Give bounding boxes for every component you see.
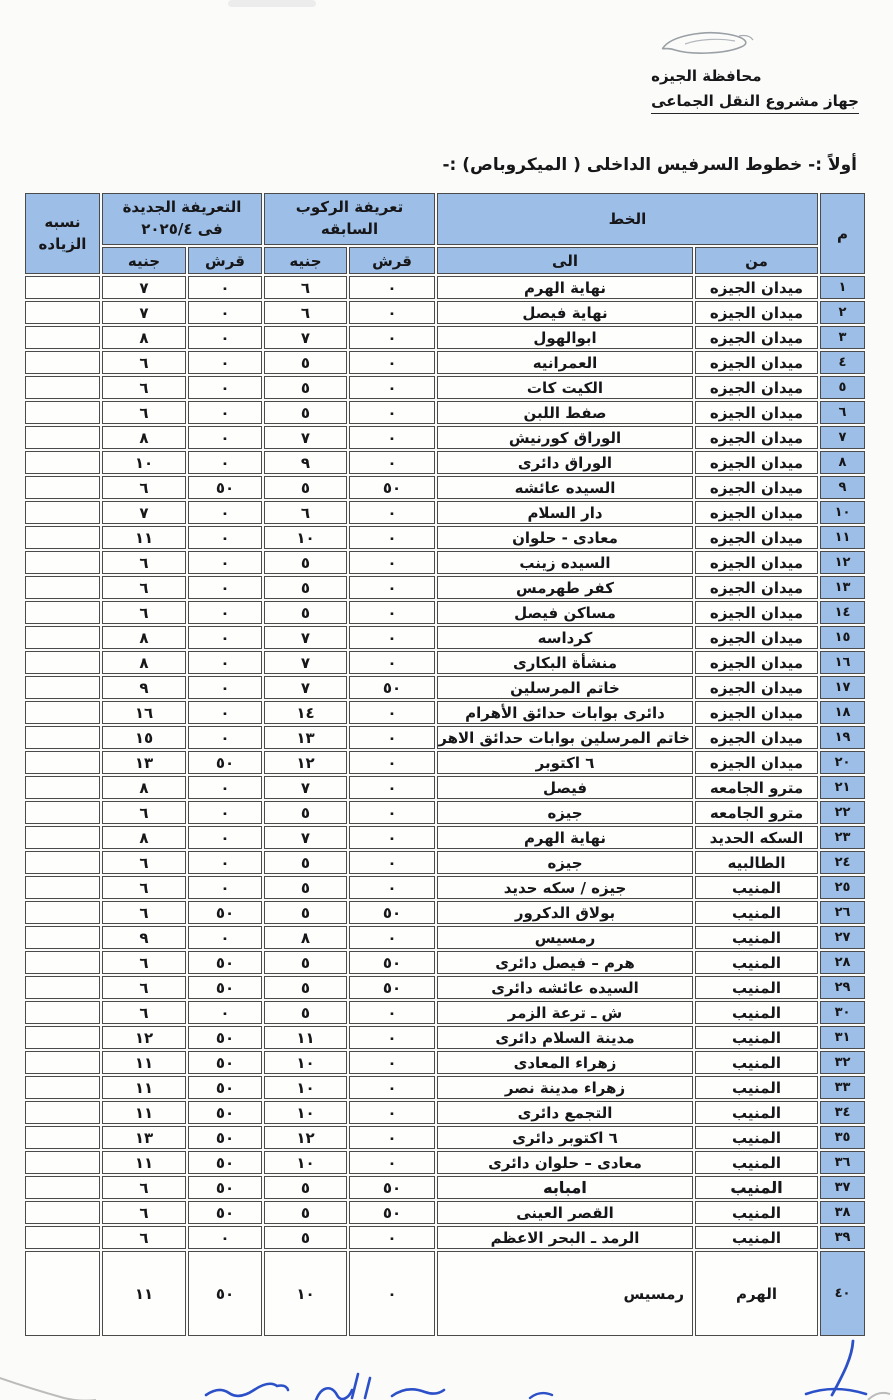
table-row: ٢٦المنيببولاق الدكرور٥٠٥٥٠٦ [25,901,865,924]
cell-old-jineh: ١٠ [264,1251,347,1336]
cell-old-jineh: ٥ [264,951,347,974]
cell-increase [25,401,100,424]
cell-old-qirsh: ٠ [349,1051,435,1074]
table-row: ١٦ميدان الجيزهمنشأة البكارى٠٧٠٨ [25,651,865,674]
cell-old-jineh: ٥ [264,976,347,999]
cell-to: نهاية الهرم [437,276,693,299]
table-row: ٢٣السكه الحديدنهاية الهرم٠٧٠٨ [25,826,865,849]
cell-from: الهرم [695,1251,818,1336]
cell-old-jineh: ٧ [264,676,347,699]
cell-new-jineh: ٨ [102,626,186,649]
cell-old-qirsh: ٠ [349,601,435,624]
cell-from: مترو الجامعه [695,801,818,824]
cell-old-qirsh: ٠ [349,1251,435,1336]
cell-new-jineh: ١١ [102,1151,186,1174]
cell-old-qirsh: ٠ [349,1126,435,1149]
cell-num: ٦ [820,401,865,424]
cell-old-qirsh: ٥٠ [349,976,435,999]
cell-old-qirsh: ٠ [349,276,435,299]
cell-new-qirsh: ٠ [188,451,262,474]
cell-new-qirsh: ٠ [188,526,262,549]
cell-new-qirsh: ٠ [188,701,262,724]
cell-to: العمرانيه [437,351,693,374]
cell-old-qirsh: ٠ [349,1001,435,1024]
cell-new-qirsh: ٥٠ [188,1101,262,1124]
cell-num: ٤٠ [820,1251,865,1336]
cell-new-qirsh: ٠ [188,401,262,424]
cell-new-jineh: ١٣ [102,1126,186,1149]
cell-increase [25,526,100,549]
table-row: ٥ميدان الجيزهالكيت كات٠٥٠٦ [25,376,865,399]
cell-new-qirsh: ٥٠ [188,476,262,499]
page-title: أولاً :- خطوط السرفيس الداخلى ( الميكروب… [443,155,858,175]
cell-old-jineh: ٥ [264,401,347,424]
header-row-groups: م الخط تعريفة الركوب السابقه التعريفة ال… [25,193,865,245]
cell-from: المنيب [695,1126,818,1149]
cell-new-qirsh: ٠ [188,1001,262,1024]
cell-to: مدينة السلام دائرى [437,1026,693,1049]
cell-new-jineh: ٦ [102,976,186,999]
table-row: ٣١المنيبمدينة السلام دائرى٠١١٥٠١٢ [25,1026,865,1049]
cell-old-jineh: ٧ [264,426,347,449]
cell-from: ميدان الجيزه [695,551,818,574]
cell-num: ٢١ [820,776,865,799]
cell-increase [25,976,100,999]
cell-from: ميدان الجيزه [695,626,818,649]
cell-from: ميدان الجيزه [695,376,818,399]
cell-to: رمسيس [437,926,693,949]
cell-num: ١٨ [820,701,865,724]
cell-old-jineh: ١١ [264,1026,347,1049]
cell-num: ٢٨ [820,951,865,974]
cell-increase [25,1251,100,1336]
cell-new-qirsh: ٠ [188,851,262,874]
cell-old-qirsh: ٠ [349,551,435,574]
cell-to: ابوالهول [437,326,693,349]
table-row: ٢٨المنيبهرم – فيصل دائرى٥٠٥٥٠٦ [25,951,865,974]
header-num: م [820,193,865,274]
table-row: ٢ميدان الجيزهنهاية فيصل٠٦٠٧ [25,301,865,324]
cell-num: ٢٤ [820,851,865,874]
cell-new-qirsh: ٥٠ [188,1176,262,1199]
cell-num: ٣٤ [820,1101,865,1124]
cell-new-qirsh: ٠ [188,551,262,574]
cell-num: ١٩ [820,726,865,749]
cell-new-jineh: ٨ [102,426,186,449]
cell-from: ميدان الجيزه [695,351,818,374]
cell-increase [25,1151,100,1174]
cell-new-jineh: ٦ [102,551,186,574]
cell-old-jineh: ١٢ [264,751,347,774]
cell-old-qirsh: ٠ [349,701,435,724]
table-row: ٣٨المنيبالقصر العينى٥٠٥٥٠٦ [25,1201,865,1224]
cell-to: نهاية فيصل [437,301,693,324]
cell-new-jineh: ٦ [102,801,186,824]
cell-to: ٦ اكتوبر دائرى [437,1126,693,1149]
cell-old-jineh: ١٤ [264,701,347,724]
cell-new-qirsh: ٠ [188,726,262,749]
cell-from: ميدان الجيزه [695,701,818,724]
table-row: ١٢ميدان الجيزهالسيده زينب٠٥٠٦ [25,551,865,574]
cell-old-jineh: ٥ [264,351,347,374]
cell-increase [25,776,100,799]
governorate-emblem-scribble-icon [655,26,755,60]
cell-to: دار السلام [437,501,693,524]
table-row: ٢٧المنيبرمسيس٠٨٠٩ [25,926,865,949]
table-row: ١١ميدان الجيزهمعادى - حلوان٠١٠٠١١ [25,526,865,549]
cell-to: جيزه [437,801,693,824]
cell-new-qirsh: ٠ [188,651,262,674]
cell-increase [25,1076,100,1099]
cell-new-jineh: ٩ [102,926,186,949]
cell-new-jineh: ١١ [102,526,186,549]
cell-old-jineh: ٦ [264,301,347,324]
cell-to: بولاق الدكرور [437,901,693,924]
cell-new-jineh: ١٦ [102,701,186,724]
cell-new-jineh: ٦ [102,476,186,499]
cell-from: ميدان الجيزه [695,301,818,324]
cell-from: ميدان الجيزه [695,576,818,599]
cell-old-qirsh: ٠ [349,926,435,949]
cell-old-qirsh: ٠ [349,376,435,399]
cell-num: ٥ [820,376,865,399]
cell-new-qirsh: ٥٠ [188,1151,262,1174]
document-header: محافظة الجيزه جهاز مشروع النقل الجماعى [651,26,859,114]
cell-old-qirsh: ٠ [349,826,435,849]
table-row: ١٣ميدان الجيزهكفر طهرمس٠٥٠٦ [25,576,865,599]
cell-from: المنيب [695,1001,818,1024]
cell-num: ٣٩ [820,1226,865,1249]
cell-new-jineh: ٨ [102,651,186,674]
cell-from: المنيب [695,926,818,949]
cell-increase [25,1201,100,1224]
header-old-fare-line1: تعريفة الركوب [267,197,432,219]
table-row: ٣ميدان الجيزهابوالهول٠٧٠٨ [25,326,865,349]
cell-from: المنيب [695,1226,818,1249]
cell-old-jineh: ٥ [264,1201,347,1224]
cell-new-qirsh: ٠ [188,1226,262,1249]
cell-old-qirsh: ٠ [349,501,435,524]
cell-new-qirsh: ٥٠ [188,1076,262,1099]
cell-num: ٣٦ [820,1151,865,1174]
cell-from: ميدان الجيزه [695,501,818,524]
cell-old-jineh: ١٢ [264,1126,347,1149]
cell-to: السيده عائشه [437,476,693,499]
cell-to: الكيت كات [437,376,693,399]
cell-from: ميدان الجيزه [695,426,818,449]
table-row: ٣٠المنيبش ـ ترعة الزمر٠٥٠٦ [25,1001,865,1024]
cell-old-qirsh: ٠ [349,651,435,674]
cell-new-qirsh: ٠ [188,626,262,649]
cell-from: المنيب [695,1051,818,1074]
cell-from: المنيب [695,901,818,924]
cell-old-qirsh: ٠ [349,776,435,799]
cell-old-qirsh: ٠ [349,876,435,899]
cell-old-qirsh: ٥٠ [349,901,435,924]
cell-num: ٢٠ [820,751,865,774]
cell-old-jineh: ٩ [264,451,347,474]
cell-to: معادى – حلوان دائرى [437,1151,693,1174]
table-row: ٣٧المنيبامبابه٥٠٥٥٠٦ [25,1176,865,1199]
cell-increase [25,1126,100,1149]
cell-new-jineh: ١٢ [102,1026,186,1049]
cell-new-qirsh: ٠ [188,301,262,324]
cell-to: كرداسه [437,626,693,649]
scan-smudge [228,0,316,7]
table-row: ٢٤الطالبيهجيزه٠٥٠٦ [25,851,865,874]
cell-to: هرم – فيصل دائرى [437,951,693,974]
cell-new-qirsh: ٥٠ [188,1201,262,1224]
cell-num: ٣ [820,326,865,349]
cell-from: ميدان الجيزه [695,751,818,774]
cell-old-jineh: ١٠ [264,1051,347,1074]
cell-increase [25,1101,100,1124]
table-row: ٤٠الهرمرمسيس٠١٠٥٠١١ [25,1251,865,1336]
cell-increase [25,426,100,449]
cell-old-jineh: ٦ [264,276,347,299]
table-row: ٣٦المنيبمعادى – حلوان دائرى٠١٠٥٠١١ [25,1151,865,1174]
cell-new-jineh: ٧ [102,501,186,524]
cell-old-qirsh: ٥٠ [349,1176,435,1199]
table-row: ١ميدان الجيزهنهاية الهرم٠٦٠٧ [25,276,865,299]
cell-to: دائرى بوابات حدائق الأهرام [437,701,693,724]
cell-from: السكه الحديد [695,826,818,849]
cell-new-jineh: ١٠ [102,451,186,474]
cell-num: ٣١ [820,1026,865,1049]
org-name: محافظة الجيزه [651,67,761,85]
table-row: ٢٥المنيبجيزه / سكه حديد٠٥٠٦ [25,876,865,899]
cell-new-jineh: ٦ [102,601,186,624]
cell-to: رمسيس [437,1251,693,1336]
cell-old-jineh: ٨ [264,926,347,949]
cell-old-jineh: ٥ [264,601,347,624]
cell-new-qirsh: ٥٠ [188,1126,262,1149]
cell-new-jineh: ١١ [102,1101,186,1124]
cell-from: المنيب [695,951,818,974]
cell-to: زهراء المعادى [437,1051,693,1074]
cell-increase [25,1026,100,1049]
cell-num: ١٣ [820,576,865,599]
cell-from: الطالبيه [695,851,818,874]
cell-num: ٣٣ [820,1076,865,1099]
cell-num: ١٦ [820,651,865,674]
cell-increase [25,501,100,524]
cell-new-jineh: ٦ [102,401,186,424]
cell-new-jineh: ١١ [102,1076,186,1099]
table-row: ٧ميدان الجيزهالوراق كورنيش٠٧٠٨ [25,426,865,449]
cell-new-jineh: ٦ [102,1001,186,1024]
cell-new-jineh: ١٣ [102,751,186,774]
cell-num: ٢٣ [820,826,865,849]
cell-increase [25,276,100,299]
cell-new-qirsh: ٠ [188,926,262,949]
cell-from: ميدان الجيزه [695,651,818,674]
fare-table: م الخط تعريفة الركوب السابقه التعريفة ال… [23,191,867,1338]
cell-increase [25,826,100,849]
cell-old-jineh: ٥ [264,1001,347,1024]
table-row: ١٩ميدان الجيزهخاتم المرسلين بوابات حدائق… [25,726,865,749]
cell-new-qirsh: ٥٠ [188,1051,262,1074]
cell-old-qirsh: ٠ [349,576,435,599]
cell-from: المنيب [695,976,818,999]
cell-old-jineh: ٥ [264,851,347,874]
cell-to: منشأة البكارى [437,651,693,674]
cell-num: ٨ [820,451,865,474]
cell-to: جيزه / سكه حديد [437,876,693,899]
table-row: ٢٢مترو الجامعهجيزه٠٥٠٦ [25,801,865,824]
cell-to: فيصل [437,776,693,799]
header-old-jineh: جنيه [264,247,347,274]
cell-increase [25,601,100,624]
cell-increase [25,701,100,724]
cell-old-qirsh: ٠ [349,851,435,874]
table-row: ٣٤المنيبالتجمع دائرى٠١٠٥٠١١ [25,1101,865,1124]
cell-from: المنيب [695,1101,818,1124]
cell-new-qirsh: ٥٠ [188,1026,262,1049]
header-from: من [695,247,818,274]
cell-increase [25,326,100,349]
cell-to: السيده زينب [437,551,693,574]
cell-from: المنيب [695,1076,818,1099]
cell-to: نهاية الهرم [437,826,693,849]
cell-old-qirsh: ٥٠ [349,1201,435,1224]
cell-num: ٣٧ [820,1176,865,1199]
cell-new-jineh: ٧ [102,276,186,299]
table-row: ٣٩المنيبالرمد ـ البحر الاعظم٠٥٠٦ [25,1226,865,1249]
header-line: الخط [437,193,818,245]
cell-to: ٦ اكتوبر [437,751,693,774]
cell-from: ميدان الجيزه [695,476,818,499]
cell-from: ميدان الجيزه [695,726,818,749]
cell-increase [25,301,100,324]
cell-new-jineh: ٦ [102,1176,186,1199]
cell-increase [25,751,100,774]
cell-to: القصر العينى [437,1201,693,1224]
cell-old-jineh: ١٣ [264,726,347,749]
cell-from: ميدان الجيزه [695,526,818,549]
header-new-fare-line1: التعريفة الجديدة [105,197,259,219]
cell-from: المنيب [695,876,818,899]
cell-to: امبابه [437,1176,693,1199]
cell-num: ٢ [820,301,865,324]
cell-num: ٣٥ [820,1126,865,1149]
cell-old-qirsh: ٥٠ [349,951,435,974]
cell-increase [25,951,100,974]
cell-old-jineh: ٥ [264,476,347,499]
cell-old-qirsh: ٠ [349,301,435,324]
cell-new-qirsh: ٥٠ [188,951,262,974]
cell-new-jineh: ٦ [102,376,186,399]
cell-new-jineh: ٦ [102,851,186,874]
cell-new-jineh: ٦ [102,901,186,924]
cell-old-qirsh: ٠ [349,726,435,749]
cell-num: ١٧ [820,676,865,699]
cell-old-qirsh: ٠ [349,451,435,474]
cell-new-qirsh: ٠ [188,576,262,599]
table-row: ١٨ميدان الجيزهدائرى بوابات حدائق الأهرام… [25,701,865,724]
fare-table-body: ١ميدان الجيزهنهاية الهرم٠٦٠٧٢ميدان الجيز… [25,276,865,1336]
cell-new-jineh: ٦ [102,951,186,974]
cell-old-jineh: ٥ [264,901,347,924]
cell-old-qirsh: ٠ [349,751,435,774]
cell-old-qirsh: ٠ [349,1101,435,1124]
table-row: ٢٠ميدان الجيزه٦ اكتوبر٠١٢٥٠١٣ [25,751,865,774]
cell-old-jineh: ٥ [264,1226,347,1249]
cell-old-qirsh: ٠ [349,401,435,424]
table-row: ٩ميدان الجيزهالسيده عائشه٥٠٥٥٠٦ [25,476,865,499]
cell-num: ٣٠ [820,1001,865,1024]
cell-from: المنيب [695,1151,818,1174]
cell-to: خاتم المرسلين بوابات حدائق الاهرام [437,726,693,749]
table-row: ٣٣المنيبزهراء مدينة نصر٠١٠٥٠١١ [25,1076,865,1099]
cell-old-qirsh: ٠ [349,801,435,824]
table-row: ٢١مترو الجامعهفيصل٠٧٠٨ [25,776,865,799]
cell-old-jineh: ٧ [264,651,347,674]
cell-old-qirsh: ٠ [349,1151,435,1174]
table-row: ٨ميدان الجيزهالوراق دائرى٠٩٠١٠ [25,451,865,474]
cell-to: مساكن فيصل [437,601,693,624]
cell-to: ش ـ ترعة الزمر [437,1001,693,1024]
cell-new-qirsh: ٠ [188,826,262,849]
cell-increase [25,551,100,574]
table-row: ١٥ميدان الجيزهكرداسه٠٧٠٨ [25,626,865,649]
cell-new-qirsh: ٠ [188,776,262,799]
header-old-fare-line2: السابقه [267,219,432,241]
cell-new-jineh: ٦ [102,1226,186,1249]
cell-old-jineh: ٥ [264,876,347,899]
cell-new-qirsh: ٠ [188,426,262,449]
table-row: ٣٢المنيبزهراء المعادى٠١٠٥٠١١ [25,1051,865,1074]
cell-to: الرمد ـ البحر الاعظم [437,1226,693,1249]
cell-from: ميدان الجيزه [695,276,818,299]
table-row: ١٧ميدان الجيزهخاتم المرسلين٥٠٧٠٩ [25,676,865,699]
cell-new-qirsh: ٥٠ [188,1251,262,1336]
cell-increase [25,726,100,749]
cell-num: ٢٢ [820,801,865,824]
cell-new-jineh: ١٥ [102,726,186,749]
cell-old-jineh: ٥ [264,551,347,574]
cell-new-qirsh: ٠ [188,676,262,699]
header-row-sub: من الى قرش جنيه قرش جنيه [25,247,865,274]
cell-old-qirsh: ٠ [349,626,435,649]
cell-to: التجمع دائرى [437,1101,693,1124]
cell-increase [25,651,100,674]
cell-new-qirsh: ٠ [188,351,262,374]
table-row: ٦ميدان الجيزهصفط اللبن٠٥٠٦ [25,401,865,424]
cell-from: ميدان الجيزه [695,401,818,424]
scanned-document-page: محافظة الجيزه جهاز مشروع النقل الجماعى أ… [0,0,893,1400]
cell-to: صفط اللبن [437,401,693,424]
cell-old-jineh: ٥ [264,801,347,824]
cell-new-jineh: ٨ [102,776,186,799]
cell-new-jineh: ٦ [102,1201,186,1224]
cell-old-jineh: ٧ [264,326,347,349]
cell-from: ميدان الجيزه [695,676,818,699]
cell-num: ١٠ [820,501,865,524]
cell-from: ميدان الجيزه [695,326,818,349]
cell-num: ٧ [820,426,865,449]
header-old-qirsh: قرش [349,247,435,274]
cell-old-jineh: ٧ [264,626,347,649]
cell-new-qirsh: ٥٠ [188,901,262,924]
cell-new-qirsh: ٠ [188,276,262,299]
header-new-jineh: جنيه [102,247,186,274]
cell-new-jineh: ١١ [102,1051,186,1074]
cell-new-qirsh: ٠ [188,801,262,824]
cell-old-jineh: ٧ [264,826,347,849]
header-new-fare: التعريفة الجديدة فى ٢٠٢٥/٤ [102,193,262,245]
header-old-fare: تعريفة الركوب السابقه [264,193,435,245]
